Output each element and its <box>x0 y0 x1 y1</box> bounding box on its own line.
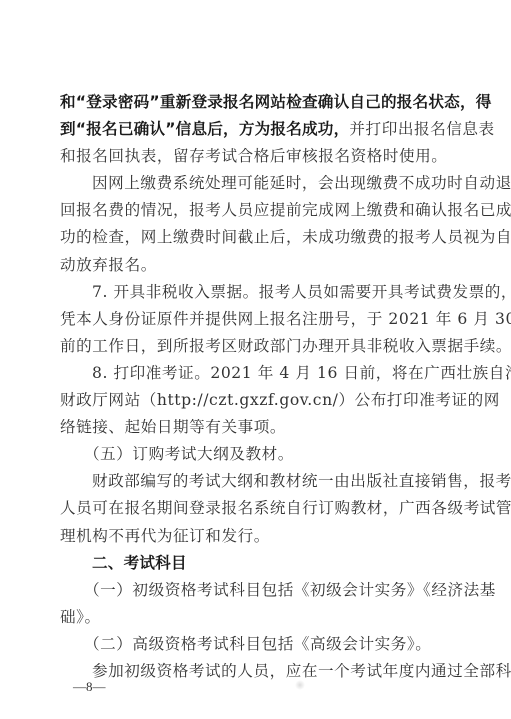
body-text: 因网上缴费系统处理可能延时，会出现缴费不成功时自动退 <box>92 174 511 192</box>
bold-text: 和“登录密码”重新登录报名网站检查确认自己的报名状态，得 <box>60 93 492 111</box>
text-line: 和报名回执表，留存考试合格后审核报名资格时使用。 <box>60 143 453 170</box>
body-text: 人员可在报名期间登录报名系统自行订购教材，广西各级考试管 <box>60 499 511 517</box>
text-line: 和“登录密码”重新登录报名网站检查确认自己的报名状态，得 <box>60 89 453 116</box>
body-text: 和报名回执表，留存考试合格后审核报名资格时使用。 <box>60 147 447 165</box>
text-line: （二）高级资格考试科目包括《高级会计实务》。 <box>60 631 453 658</box>
text-line: 7. 开具非税收入票据。报考人员如需要开具考试费发票的， <box>60 279 453 306</box>
scan-speck <box>295 680 305 690</box>
body-text: 动放弃报名。 <box>60 256 157 274</box>
text-line: 8. 打印准考证。2021 年 4 月 16 日前，将在广西壮族自治区 <box>60 360 453 387</box>
text-line: 动放弃报名。 <box>60 252 453 279</box>
text-line: 功的检查，网上缴费时间截止后，未成功缴费的报考人员视为自 <box>60 224 453 251</box>
text-line: 回报名费的情况，报考人员应提前完成网上缴费和确认报名已成 <box>60 197 453 224</box>
bold-text: 到“报名已确认”信息后，方为报名成功， <box>60 120 349 138</box>
body-text: 理机构不再代为征订和发行。 <box>60 527 270 545</box>
text-line: 财政部编写的考试大纲和教材统一由出版社直接销售，报考 <box>60 468 453 495</box>
body-text: 财政部编写的考试大纲和教材统一由出版社直接销售，报考 <box>92 472 511 490</box>
body-text: 功的检查，网上缴费时间截止后，未成功缴费的报考人员视为自 <box>60 228 511 246</box>
text-line: 到“报名已确认”信息后，方为报名成功，并打印出报名信息表 <box>60 116 453 143</box>
body-text: 凭本人身份证原件并提供网上报名注册号，于 2021 年 6 月 30 日 <box>60 310 511 328</box>
bold-text: 二、考试科目 <box>92 554 187 572</box>
text-line: 凭本人身份证原件并提供网上报名注册号，于 2021 年 6 月 30 日 <box>60 306 453 333</box>
body-text: （一）初级资格考试科目包括《初级会计实务》《经济法基 <box>84 581 496 599</box>
text-line: 络链接、起始日期等有关事项。 <box>60 414 453 441</box>
body-text: 络链接、起始日期等有关事项。 <box>60 418 286 436</box>
text-line: 前的工作日，到所报考区财政部门办理开具非税收入票据手续。 <box>60 333 453 360</box>
document-body: 和“登录密码”重新登录报名网站检查确认自己的报名状态，得到“报名已确认”信息后，… <box>60 89 453 685</box>
text-line: 础》。 <box>60 604 453 631</box>
text-line: （五）订购考试大纲及教材。 <box>60 441 453 468</box>
body-text: 7. 开具非税收入票据。报考人员如需要开具考试费发票的， <box>92 283 511 301</box>
body-text: 并打印出报名信息表 <box>349 120 494 138</box>
body-text: 参加初级资格考试的人员，应在一个考试年度内通过全部科 <box>92 662 511 680</box>
text-line: 财政厅网站（http://czt.gxzf.gov.cn/）公布打印准考证的网 <box>60 387 453 414</box>
text-line: 理机构不再代为征订和发行。 <box>60 523 453 550</box>
text-line: 人员可在报名期间登录报名系统自行订购教材，广西各级考试管 <box>60 495 453 522</box>
body-text: 回报名费的情况，报考人员应提前完成网上缴费和确认报名已成 <box>60 201 511 219</box>
section-heading: 二、考试科目 <box>60 550 453 577</box>
body-text: （五）订购考试大纲及教材。 <box>84 445 294 463</box>
page-number: —8— <box>73 679 106 695</box>
text-line: （一）初级资格考试科目包括《初级会计实务》《经济法基 <box>60 577 453 604</box>
body-text: 础》。 <box>60 608 101 626</box>
text-line: 参加初级资格考试的人员，应在一个考试年度内通过全部科 <box>60 658 453 685</box>
body-text: 8. 打印准考证。2021 年 4 月 16 日前，将在广西壮族自治区 <box>92 364 511 382</box>
body-text: 财政厅网站（http://czt.gxzf.gov.cn/）公布打印准考证的网 <box>60 391 500 409</box>
text-line: 因网上缴费系统处理可能延时，会出现缴费不成功时自动退 <box>60 170 453 197</box>
body-text: 前的工作日，到所报考区财政部门办理开具非税收入票据手续。 <box>60 337 511 355</box>
body-text: （二）高级资格考试科目包括《高级会计实务》。 <box>84 635 431 653</box>
